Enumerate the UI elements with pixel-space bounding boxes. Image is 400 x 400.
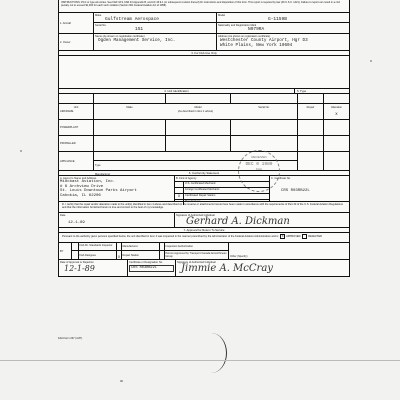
kind-label: Foreign Certificated Mechanic: [184, 188, 219, 193]
aircraft-make: Gulfstream Aerospace: [95, 17, 215, 22]
rejected-label: REJECTED: [308, 235, 322, 238]
approval-options-grid: FAA Flt. Standards Inspector Manufacture…: [71, 243, 229, 259]
approval-statement: Pursuant to the authority given persons …: [62, 235, 278, 238]
stamp-top-text: RECEIVED: [239, 155, 279, 159]
conformity-date: 12-1-89: [60, 220, 173, 226]
approval-statement-row: Pursuant to the authority given persons …: [59, 232, 349, 242]
unit-airframe-label: AIRFRAME: [60, 110, 73, 113]
conformity-signature-row: Date 12-1-89 Signature of Authorized Ind…: [59, 212, 349, 227]
kind-checkbox[interactable]: [175, 182, 184, 187]
scan-speck: [120, 380, 123, 382]
conformity-section: A. Agency's Name and Address Midcoast Av…: [59, 175, 349, 201]
unit-row-propeller: PROPELLER: [59, 135, 349, 151]
kind-label: U.S. Certificated Mechanic: [184, 182, 216, 187]
aircraft-model: G-1159B: [218, 17, 348, 22]
aircraft-registration: N979RA: [218, 27, 348, 32]
pen-stroke: [196, 333, 227, 373]
airframe-alteration: X: [335, 112, 337, 118]
conformity-date-label: Date: [60, 214, 173, 217]
unit-propeller-label: PROPELLER: [60, 142, 76, 145]
aircraft-section: 1. Aircraft Make Gulfstream Aerospace Se…: [59, 12, 349, 33]
form-number: FAA Form 337 (4-87): [58, 337, 82, 340]
other-specify-label: Other (Specify): [230, 255, 247, 258]
unit-row-appliance: APPLIANCE Type Manufacturer: [59, 151, 349, 170]
approval-cert-label: Certificate or Designation No.: [129, 261, 174, 264]
airframe-description: (As described in Item 1 above): [178, 110, 213, 113]
option-checkbox[interactable]: [72, 251, 79, 259]
option-label: FAA Flt. Standards Inspector: [79, 243, 117, 251]
approved-label: APPROVED: [286, 235, 300, 238]
approval-signature-row: Date of Approval or Rejection 12-1-89 Ce…: [59, 259, 349, 276]
unit-id-title-row: 4. Unit Identification 5. Type: [59, 88, 349, 93]
received-stamp: RECEIVED DEC 0 1989 FAA: [238, 150, 280, 192]
option-label: Person Approved by Transport Canada Airw…: [165, 251, 229, 259]
approval-signature: Jimmie A. McCray: [177, 264, 348, 274]
approval-statement-wrap: Pursuant to the authority given persons …: [59, 233, 325, 242]
scan-speck: [20, 150, 22, 152]
aircraft-label: 1. Aircraft: [60, 22, 71, 25]
faa-form-337: INSTRUCTIONS: Print or type all entries.…: [58, 0, 350, 277]
owner-address-line2: White Plains, New York 10604: [218, 43, 348, 48]
option-label: Manufacturer: [122, 243, 160, 251]
rejected-checkbox[interactable]: [302, 234, 307, 239]
option-label: Repair Station: [122, 251, 160, 259]
scan-speck: [370, 60, 372, 62]
approved-checkbox[interactable]: X: [280, 234, 285, 239]
unit-powerplant-label: POWERPLANT: [60, 126, 78, 129]
owner-name: Ogden Management Service, Inc.: [95, 38, 215, 44]
approval-cert-number: CRS R03RB22L: [129, 265, 174, 272]
unit-appliance-label: APPLIANCE: [60, 160, 75, 163]
conformity-signature: Gerhard A. Dickman: [176, 217, 348, 226]
certificate-number: CRS R03RB22L: [271, 188, 348, 194]
kind-checkbox[interactable]: [175, 188, 184, 193]
stamp-bottom-text: FAA: [239, 167, 279, 171]
form-page: INSTRUCTIONS: Print or type all entries.…: [58, 0, 348, 335]
faa-use-area: [59, 55, 349, 88]
kind-option[interactable]: Manufacturer: [175, 200, 269, 205]
type-title: 5. Type: [294, 89, 349, 93]
option-label: FAA Designee: [79, 251, 117, 259]
certificate-label: C. Certificate No.: [271, 177, 348, 180]
unit-row-powerplant: POWERPLANT: [59, 119, 349, 135]
approval-date: 12-1-89: [60, 264, 126, 274]
instructions-text: INSTRUCTIONS: Print or type all entries.…: [59, 0, 349, 12]
scan-artifact-line: [0, 360, 400, 361]
kind-label: Manufacturer: [184, 200, 200, 205]
kind-label: Certificated Repair Station: [184, 194, 215, 199]
option-checkbox[interactable]: [72, 243, 79, 251]
owner-section: 2. Owner Name (As shown on registration …: [59, 33, 349, 50]
agency-address-line4: Cahokia, IL 62206: [60, 194, 173, 199]
approval-by-row: BY FAA Flt. Standards Inspector Manufact…: [59, 242, 349, 259]
unit-row-airframe: AIRFRAME (As described in Item 1 above) …: [59, 103, 349, 119]
kind-checkbox[interactable]: X: [175, 194, 184, 199]
option-label: Inspection Authorization: [165, 243, 229, 251]
by-label: BY: [60, 250, 63, 253]
kind-checkbox[interactable]: [175, 200, 184, 205]
aircraft-serial: 151: [95, 27, 215, 32]
unit-id-title: 4. Unit Identification: [59, 89, 294, 93]
unit-table-header: Unit Make Model Serial No. Repair Altera…: [59, 93, 349, 103]
owner-label: 2. Owner: [60, 41, 71, 44]
